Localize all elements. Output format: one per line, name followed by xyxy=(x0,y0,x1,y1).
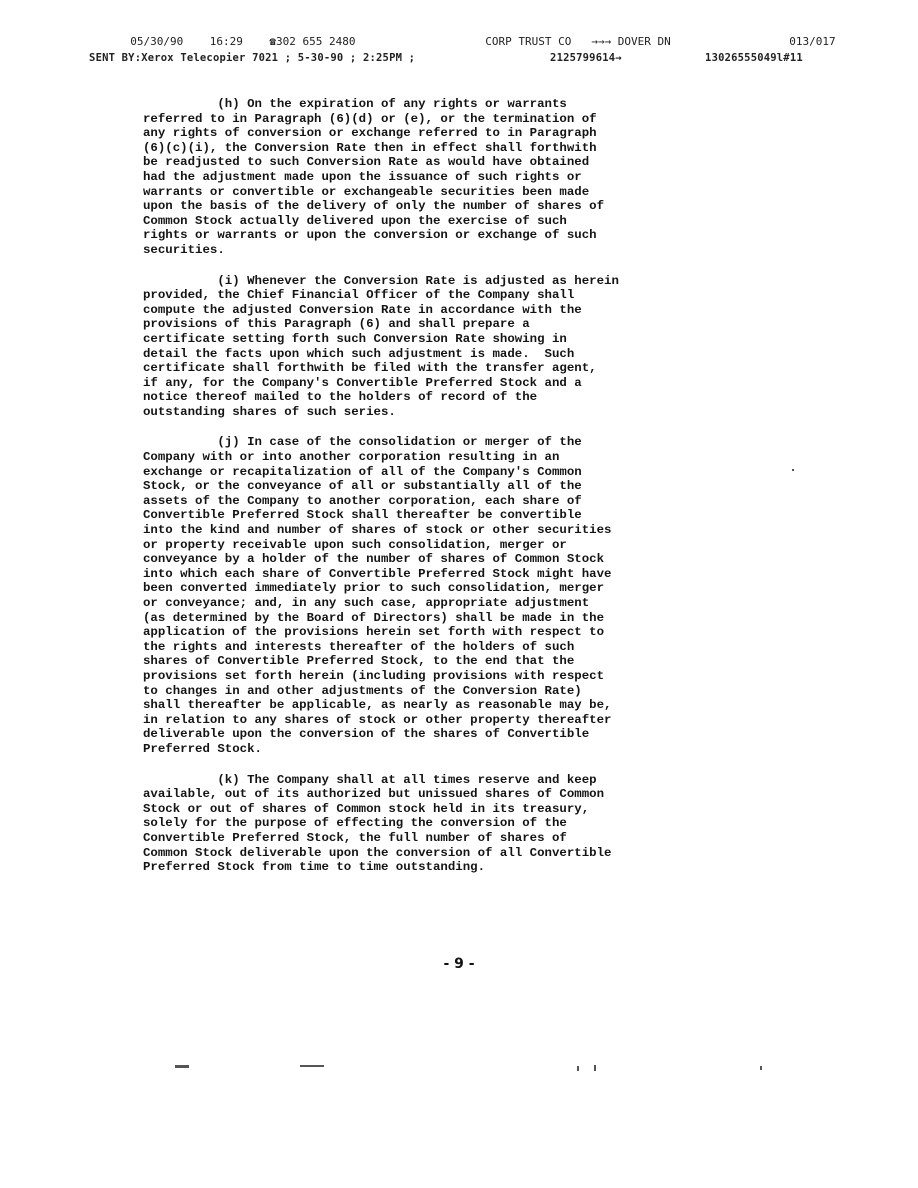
fax-sent-date: 5-30-90 xyxy=(298,52,344,64)
paragraph-k: (k) The Company shall at all times reser… xyxy=(143,773,793,875)
scan-artifact xyxy=(594,1065,596,1071)
scan-artifact xyxy=(792,469,794,471)
scan-artifact xyxy=(760,1066,762,1070)
paragraph-j: (j) In case of the consolidation or merg… xyxy=(143,435,793,756)
fax-to-number-text: 13026555049l#11 xyxy=(705,52,803,64)
scan-artifact xyxy=(577,1066,579,1071)
document-body: (h) On the expiration of any rights or w… xyxy=(143,97,793,875)
fax-sent-time: 2:25PM xyxy=(363,52,402,64)
paragraph-gap xyxy=(143,419,793,435)
scan-artifact xyxy=(175,1065,189,1068)
fax-from-number-text: 2125799614→ xyxy=(550,52,622,64)
fax-recipient: DOVER DN xyxy=(618,35,671,48)
scan-artifact xyxy=(300,1065,324,1067)
fax-to-number: 13026555049l#11 xyxy=(692,40,803,64)
paragraph-h: (h) On the expiration of any rights or w… xyxy=(143,97,793,258)
paragraph-gap xyxy=(143,757,793,773)
fax-header-line-2: SENT BY:Xerox Telecopier 7021 ; 5-30-90 … xyxy=(76,40,415,64)
fax-sent-by: SENT BY:Xerox Telecopier 7021 xyxy=(89,52,278,64)
page-number: - 9 - xyxy=(0,956,918,972)
fax-from-number: 2125799614→ xyxy=(537,40,622,64)
paragraph-gap xyxy=(143,258,793,274)
paragraph-i: (i) Whenever the Conversion Rate is adju… xyxy=(143,274,793,420)
